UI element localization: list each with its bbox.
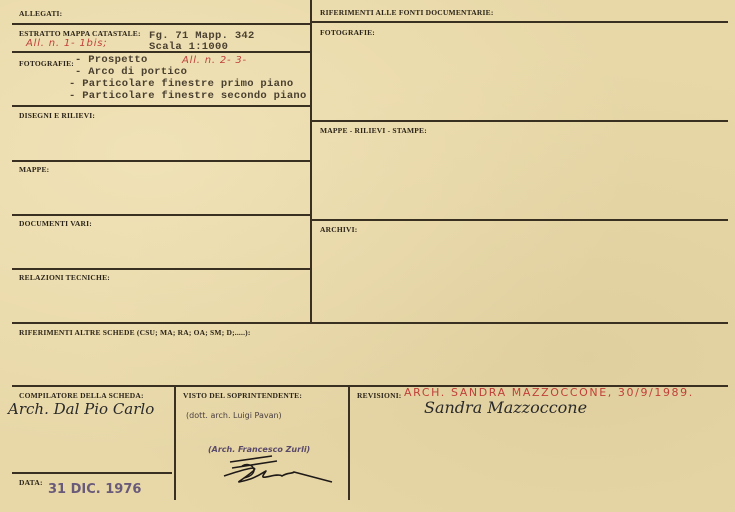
revisioni-label: REVISIONI: <box>357 391 402 400</box>
fonti-header: RIFERIMENTI ALLE FONTI DOCUMENTARIE: <box>320 8 494 17</box>
fotografie-item: - Arco di portico <box>75 66 187 78</box>
mappe-rilievi-label: MAPPE - RILIEVI - STAMPE: <box>320 126 427 135</box>
fotografie-item: - Particolare finestre secondo piano <box>69 90 307 102</box>
data-stamp: 31 DIC. 1976 <box>48 482 141 497</box>
divider-line <box>312 120 728 122</box>
divider-line <box>12 160 310 162</box>
divider-line <box>12 268 310 270</box>
estratto-mappa-scala: Scala 1:1000 <box>149 41 228 53</box>
fonti-fotografie-label: FOTOGRAFIE: <box>320 28 375 37</box>
fotografie-label: FOTOGRAFIE: <box>19 59 74 68</box>
divider-line <box>312 219 728 221</box>
compilatore-signature: Arch. Dal Pio Carlo <box>8 400 154 418</box>
relazioni-label: RELAZIONI TECNICHE: <box>19 273 110 282</box>
divider-line <box>12 105 310 107</box>
fotografie-item: - Particolare finestre primo piano <box>69 78 293 90</box>
divider-line <box>312 21 728 23</box>
visto-typed-name: (dott. arch. Luigi Pavan) <box>186 411 282 420</box>
documenti-label: DOCUMENTI VARI: <box>19 219 92 228</box>
estratto-mappa-annotation: All. n. 1- 1bis; <box>26 38 107 49</box>
estratto-mappa-label: ESTRATTO MAPPA CATASTALE: <box>19 29 141 38</box>
allegati-label: ALLEGATI: <box>19 9 62 18</box>
divider-line <box>12 322 728 324</box>
divider-line <box>12 23 310 25</box>
mappe-label: MAPPE: <box>19 165 49 174</box>
archivi-label: ARCHIVI: <box>320 225 357 234</box>
revisioni-signature: Sandra Mazzoccone <box>424 398 587 417</box>
data-label: DATA: <box>19 478 43 487</box>
divider-line <box>12 214 310 216</box>
divider-line <box>12 472 172 474</box>
riferimenti-altre-label: RIFERIMENTI ALTRE SCHEDE (CSU; MA; RA; O… <box>19 328 251 337</box>
footer-divider <box>174 386 176 500</box>
fotografie-annotation: All. n. 2- 3- <box>182 55 247 66</box>
fotografie-item: - Prospetto <box>75 54 148 66</box>
footer-divider <box>348 386 350 500</box>
soprintendente-signature-icon <box>222 452 337 486</box>
compilatore-label: COMPILATORE DELLA SCHEDA: <box>19 391 144 400</box>
column-divider <box>310 0 312 323</box>
visto-label: VISTO DEL SOPRINTENDENTE: <box>183 391 302 400</box>
disegni-label: DISEGNI E RILIEVI: <box>19 111 95 120</box>
